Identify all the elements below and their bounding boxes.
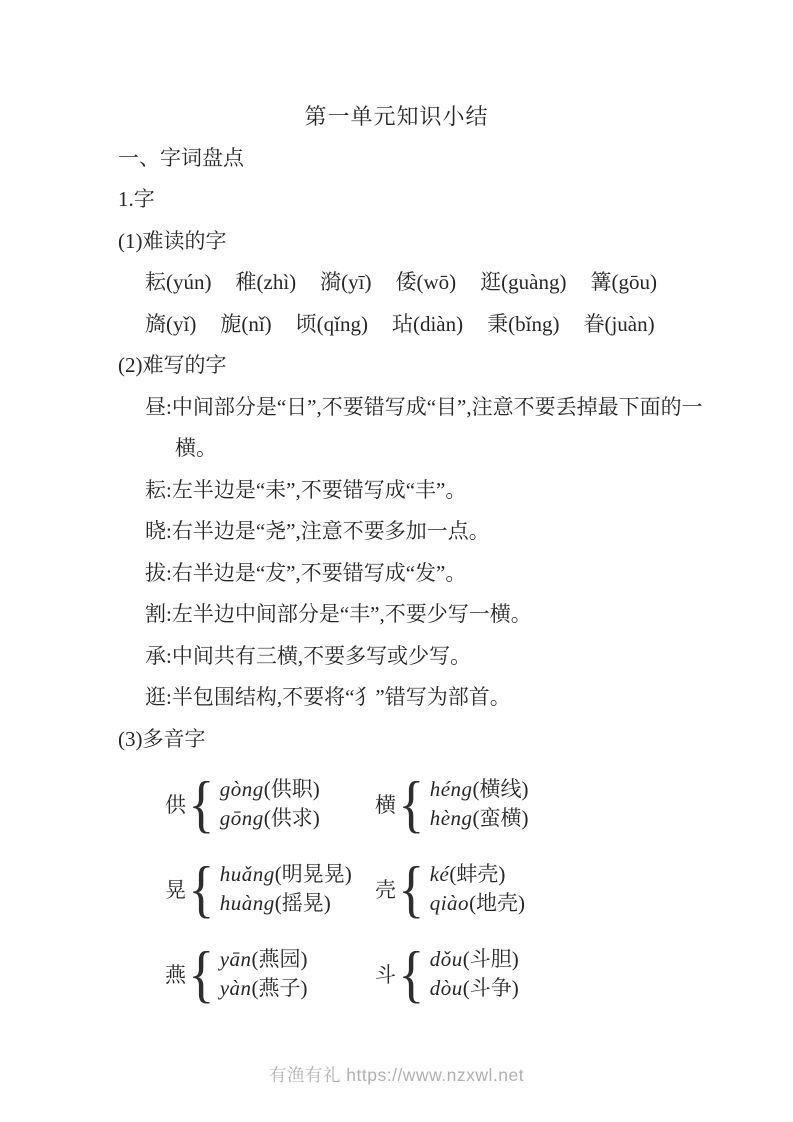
reading-word: (燕园) xyxy=(252,947,308,971)
reading-line: dòu(斗争) xyxy=(430,974,519,1003)
polyphone-group: 斗 { dǒu(斗胆) dòu(斗争) xyxy=(375,943,529,1005)
polyphone-character: 供 xyxy=(165,789,186,819)
reading-pinyin: ké xyxy=(430,862,450,886)
brace-symbol: { xyxy=(188,943,214,1005)
polyphone-group: 壳 { ké(蚌壳) qiào(地壳) xyxy=(375,858,529,920)
hard-read-row-2: 旖(yǐ) 旎(nǐ) 顷(qǐng) 玷(diàn) 秉(bǐng) 眷(ju… xyxy=(145,304,693,346)
brace-symbol: { xyxy=(188,773,214,835)
reading-pinyin: dǒu xyxy=(430,947,463,971)
reading-line: huàng(摇晃) xyxy=(220,889,352,918)
reading-line: gōng(供求) xyxy=(220,804,320,833)
brace-symbol: { xyxy=(398,943,424,1005)
polyphone-readings: yān(燕园) yàn(燕子) xyxy=(220,945,308,1003)
polyphone-character: 横 xyxy=(375,789,396,819)
reading-word: (明晃晃) xyxy=(275,862,352,886)
reading-pinyin: huǎng xyxy=(220,862,275,886)
pinyin-entry: 玷(diàn) xyxy=(392,304,463,346)
pinyin-entry: 倭(wō) xyxy=(395,262,456,304)
reading-word: (斗胆) xyxy=(463,947,519,971)
pinyin-entry: 顷(qǐng) xyxy=(296,304,368,346)
page-title: 第一单元知识小结 xyxy=(109,96,684,138)
reading-line: hèng(蛮横) xyxy=(430,804,529,833)
reading-word: (供职) xyxy=(264,777,320,801)
watermark-footer: 有渔有礼 https://www.nzxwl.net xyxy=(0,1062,793,1087)
pinyin-entry: 篝(gōu) xyxy=(590,262,657,304)
reading-word: (摇晃) xyxy=(275,891,331,915)
reading-pinyin: yàn xyxy=(220,976,252,1000)
reading-word: (地壳) xyxy=(469,891,525,915)
polyphone-group: 供 { gòng(供职) gōng(供求) xyxy=(165,773,375,835)
pinyin-entry: 稚(zhì) xyxy=(236,262,297,304)
reading-line: gòng(供职) xyxy=(220,775,320,804)
polyphone-readings: gòng(供职) gōng(供求) xyxy=(220,775,320,833)
reading-line: qiào(地壳) xyxy=(430,889,525,918)
document-content: 第一单元知识小结 一、字词盘点 1.字 (1)难读的字 耘(yún) 稚(zhì… xyxy=(0,0,793,1005)
pinyin-entry: 逛(guàng) xyxy=(480,262,566,304)
reading-pinyin: yān xyxy=(220,947,252,971)
polyphone-group: 燕 { yān(燕园) yàn(燕子) xyxy=(165,943,375,1005)
hard-read-label: (1)难读的字 xyxy=(118,221,693,263)
reading-pinyin: dòu xyxy=(430,976,463,1000)
reading-word: (蚌壳) xyxy=(449,862,505,886)
polyphone-character: 壳 xyxy=(375,874,396,904)
pinyin-entry: 漪(yī) xyxy=(320,262,371,304)
reading-line: héng(横线) xyxy=(430,775,529,804)
brace-symbol: { xyxy=(188,858,214,920)
polyphone-character: 燕 xyxy=(165,959,186,989)
reading-pinyin: huàng xyxy=(220,891,275,915)
hard-write-label: (2)难写的字 xyxy=(118,345,693,387)
reading-line: yān(燕园) xyxy=(220,945,308,974)
polyphone-group: 横 { héng(横线) hèng(蛮横) xyxy=(375,773,529,835)
hard-write-note: 逛:半包围结构,不要将“犭”错写为部首。 xyxy=(145,677,711,719)
reading-pinyin: hèng xyxy=(430,806,473,830)
reading-word: (横线) xyxy=(473,777,529,801)
polyphone-readings: dǒu(斗胆) dòu(斗争) xyxy=(430,945,519,1003)
hard-write-note: 耘:左半边是“耒”,不要错写成“丰”。 xyxy=(145,470,711,512)
brace-symbol: { xyxy=(398,858,424,920)
reading-line: yàn(燕子) xyxy=(220,974,308,1003)
polyphone-readings: héng(横线) hèng(蛮横) xyxy=(430,775,529,833)
reading-word: (斗争) xyxy=(463,976,519,1000)
polyphone-group: 晃 { huǎng(明晃晃) huàng(摇晃) xyxy=(165,858,375,920)
polyphonic-label: (3)多音字 xyxy=(118,719,693,761)
reading-pinyin: gōng xyxy=(220,806,264,830)
polyphone-character: 晃 xyxy=(165,874,186,904)
pinyin-entry: 眷(juàn) xyxy=(583,304,654,346)
pinyin-entry: 耘(yún) xyxy=(145,262,212,304)
hard-read-row-1: 耘(yún) 稚(zhì) 漪(yī) 倭(wō) 逛(guàng) 篝(gōu… xyxy=(145,262,693,304)
polyphone-readings: huǎng(明晃晃) huàng(摇晃) xyxy=(220,860,352,918)
document-page: 第一单元知识小结 一、字词盘点 1.字 (1)难读的字 耘(yún) 稚(zhì… xyxy=(0,0,793,1122)
reading-word: (供求) xyxy=(264,806,320,830)
polyphone-readings: ké(蚌壳) qiào(地壳) xyxy=(430,860,525,918)
polyphonic-grid: 供 { gòng(供职) gōng(供求) 横 { héng(横线) hèng(… xyxy=(165,773,693,1005)
reading-line: dǒu(斗胆) xyxy=(430,945,519,974)
reading-line: ké(蚌壳) xyxy=(430,860,525,889)
section-heading: 一、字词盘点 xyxy=(118,138,693,180)
reading-line: huǎng(明晃晃) xyxy=(220,860,352,889)
sub-heading-characters: 1.字 xyxy=(118,179,693,221)
reading-pinyin: qiào xyxy=(430,891,469,915)
hard-write-note: 拔:右半边是“犮”,不要错写成“发”。 xyxy=(145,553,711,595)
reading-word: (蛮横) xyxy=(473,806,529,830)
pinyin-entry: 秉(bǐng) xyxy=(487,304,559,346)
pinyin-entry: 旖(yǐ) xyxy=(145,304,196,346)
hard-write-note: 承:中间共有三横,不要多写或少写。 xyxy=(145,636,711,678)
hard-write-note: 昼:中间部分是“日”,不要错写成“目”,注意不要丢掉最下面的一横。 xyxy=(145,387,711,470)
reading-pinyin: gòng xyxy=(220,777,264,801)
reading-word: (燕子) xyxy=(252,976,308,1000)
reading-pinyin: héng xyxy=(430,777,473,801)
polyphone-character: 斗 xyxy=(375,959,396,989)
brace-symbol: { xyxy=(398,773,424,835)
pinyin-entry: 旎(nǐ) xyxy=(220,304,271,346)
hard-write-note: 割:左半边中间部分是“丰”,不要少写一横。 xyxy=(145,594,711,636)
hard-write-note: 晓:右半边是“尧”,注意不要多加一点。 xyxy=(145,511,711,553)
